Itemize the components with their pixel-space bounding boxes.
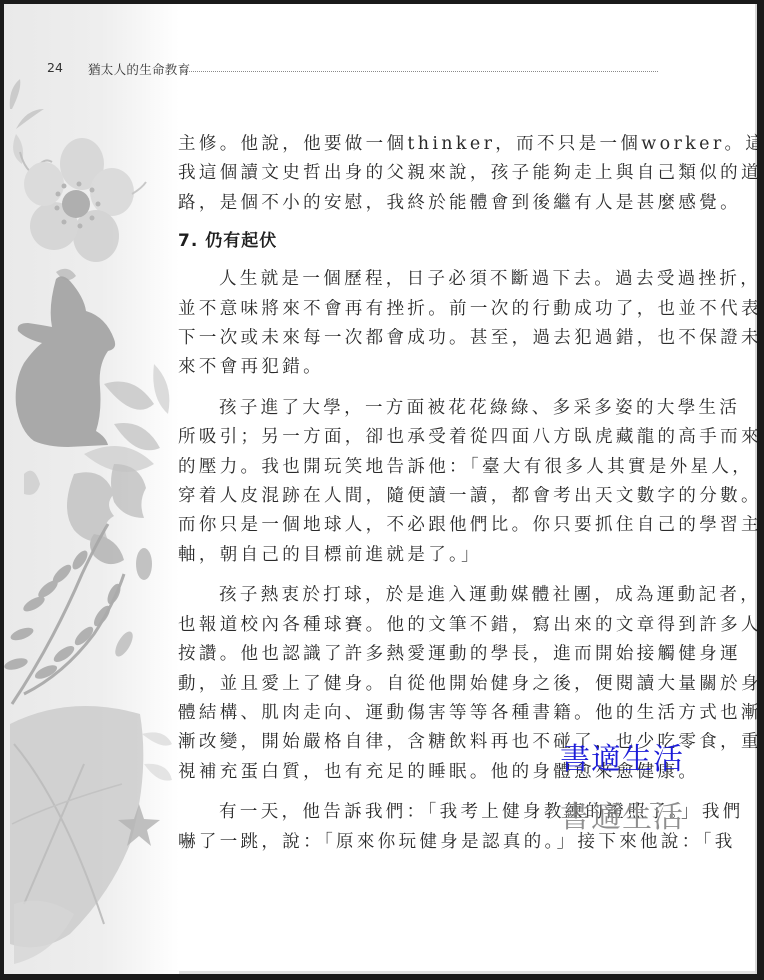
rabbit-icon — [16, 276, 115, 447]
watermark-blue: 書適生活 — [560, 734, 684, 778]
oak-leaf-icon — [24, 464, 146, 564]
text-line: 孩子熱衷於打球，於是進入運動媒體社團，成為運動記者， — [178, 581, 660, 610]
book-page: 24 猶太人的生命教育 主修。他說，他要做一個thinker，而不只是一個wor… — [4, 4, 757, 974]
text-line: 所吸引；另一方面，卻也承受着從四面八方臥虎藏龍的高手而來 — [178, 423, 660, 452]
text-line: 我這個讀文史哲出身的父親來說，孩子能夠走上與自己類似的道 — [178, 159, 660, 188]
paragraph: 孩子進了大學，一方面被花花綠綠、多采多姿的大學生活 所吸引；另一方面，卻也承受着… — [178, 394, 660, 570]
paragraph: 主修。他說，他要做一個thinker，而不只是一個worker。這對於 我這個讀… — [178, 130, 660, 218]
text-line: 也報道校內各種球賽。他的文筆不錯，寫出來的文章得到許多人 — [178, 611, 660, 640]
text-line: 穿着人皮混跡在人間，隨便讀一讀，都會考出天文數字的分數。 — [178, 482, 660, 511]
text-line: 軸，朝自己的目標前進就是了。」 — [178, 541, 660, 570]
section-heading: 7. 仍有起伏 — [178, 229, 660, 253]
dotted-leader — [182, 71, 658, 72]
bud-icon — [10, 79, 44, 164]
flower-icon — [20, 138, 146, 280]
page-number: 24 — [47, 60, 63, 75]
text-line: 孩子進了大學，一方面被花花綠綠、多采多姿的大學生活 — [178, 394, 660, 423]
text-line: 的壓力。我也開玩笑地告訴他：「臺大有很多人其實是外星人， — [178, 453, 660, 482]
text-line: 下一次或未來每一次都會成功。甚至，過去犯過錯，也不保證未 — [178, 324, 660, 353]
watermark-gray: 書適生活 — [560, 792, 684, 836]
text-line: 體結構、肌肉走向、運動傷害等等各種書籍。他的生活方式也漸 — [178, 699, 660, 728]
book-title: 猶太人的生命教育 — [88, 60, 190, 78]
text-line: 路，是個不小的安慰，我終於能體會到後繼有人是甚麼感覺。 — [178, 189, 660, 218]
text-line: 動，並且愛上了健身。自從他開始健身之後，便閱讀大量關於身 — [178, 670, 660, 699]
text-line: 並不意味將來不會再有挫折。前一次的行動成功了，也並不代表 — [178, 295, 660, 324]
text-line: 按讚。他也認識了許多熱愛運動的學長，進而開始接觸健身運 — [178, 640, 660, 669]
text-line: 人生就是一個歷程，日子必須不斷過下去。過去受過挫折， — [178, 265, 660, 294]
paragraph: 人生就是一個歷程，日子必須不斷過下去。過去受過挫折， 並不意味將來不會再有挫折。… — [178, 265, 660, 383]
text-line: 而你只是一個地球人，不必跟他們比。你只要抓住自己的學習主 — [178, 511, 660, 540]
fern-leaflets-icon — [4, 548, 152, 682]
running-header: 24 猶太人的生命教育 — [4, 60, 757, 80]
text-line: 來不會再犯錯。 — [178, 353, 660, 382]
text-line: 主修。他說，他要做一個thinker，而不只是一個worker。這對於 — [178, 130, 660, 159]
